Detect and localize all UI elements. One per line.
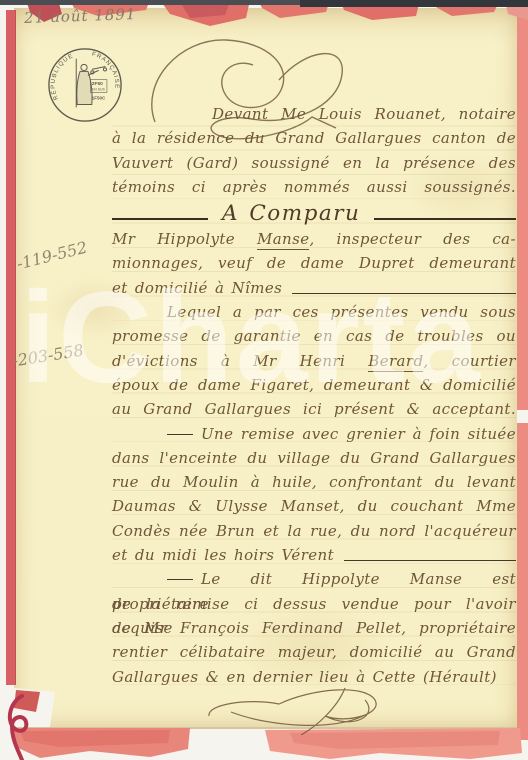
section-heading: A Comparu <box>112 199 516 227</box>
manuscript-line: d'évictions à Mr Henri Berard, courtier <box>112 349 516 373</box>
manuscript-line: de la remise ci dessus vendue pour l'avo… <box>112 592 516 616</box>
manuscript-line: Daumas & Ulysse Manset, du couchant Mme <box>112 494 516 518</box>
stamp-value-2: EN SUS <box>92 87 106 91</box>
stamp-ring-left-label: RÉPUBLIQUE <box>50 53 75 100</box>
scanner-edge-right <box>300 0 528 7</box>
svg-text:RÉPUBLIQUE: RÉPUBLIQUE <box>50 53 75 100</box>
manuscript-line: Une remise avec grenier à foin située <box>112 422 516 446</box>
document-lines: Devant Me Louis Rouanet, notaireà la rés… <box>112 102 516 689</box>
manuscript-line: promesse de garantie en cas de troubles … <box>112 324 516 348</box>
manuscript-line: au Grand Gallargues ici présent & accept… <box>112 397 516 421</box>
manuscript-line: Le dit Hippolyte Manse est propriétaire <box>112 567 516 591</box>
manuscript-line: et domicilié à Nîmes <box>112 276 516 300</box>
manuscript-line: dans l'enceinte du village du Grand Gall… <box>112 446 516 470</box>
backing-strip-notch <box>517 410 528 423</box>
manuscript-line: Lequel a par ces présentes vendu sous <box>112 300 516 324</box>
manuscript-line: à la résidence du Grand Gallargues canto… <box>112 126 516 150</box>
manuscript-line: Vauvert (Gard) soussigné en la présence … <box>112 151 516 175</box>
manuscript-line: de Mr François Ferdinand Pellet, proprié… <box>112 616 516 640</box>
stamp-value-3: 1F50C <box>92 96 106 101</box>
bottom-left-corner <box>0 680 70 760</box>
manuscript-line: et du midi les hoirs Vérent <box>112 543 516 567</box>
backing-strip-right <box>517 4 528 740</box>
manuscript-line: Gallargues & en dernier lieu à Cette (Hé… <box>112 665 516 689</box>
manuscript-line: époux de dame Figaret, demeurant & domic… <box>112 373 516 397</box>
stamp-value-1: 2F50 <box>92 81 103 87</box>
manuscript-line: mionnages, veuf de dame Dupret demeurant <box>112 251 516 275</box>
backing-strip-left <box>6 10 16 685</box>
manuscript-line: témoins ci après nommés aussi soussignés… <box>112 175 516 199</box>
manuscript-line: rentier célibataire majeur, domicilié au… <box>112 640 516 664</box>
manuscript-line: Mr Hippolyte Manse, inspecteur des ca- <box>112 227 516 251</box>
manuscript-line: Condès née Brun et la rue, du nord l'acq… <box>112 519 516 543</box>
manuscript-line: rue du Moulin à huile, confrontant du le… <box>112 470 516 494</box>
scanned-document: 21 août 1891 RÉPUBLIQUE FRANÇAISE 2F50 E… <box>0 0 528 760</box>
manuscript-line: Devant Me Louis Rouanet, notaire <box>112 102 516 126</box>
